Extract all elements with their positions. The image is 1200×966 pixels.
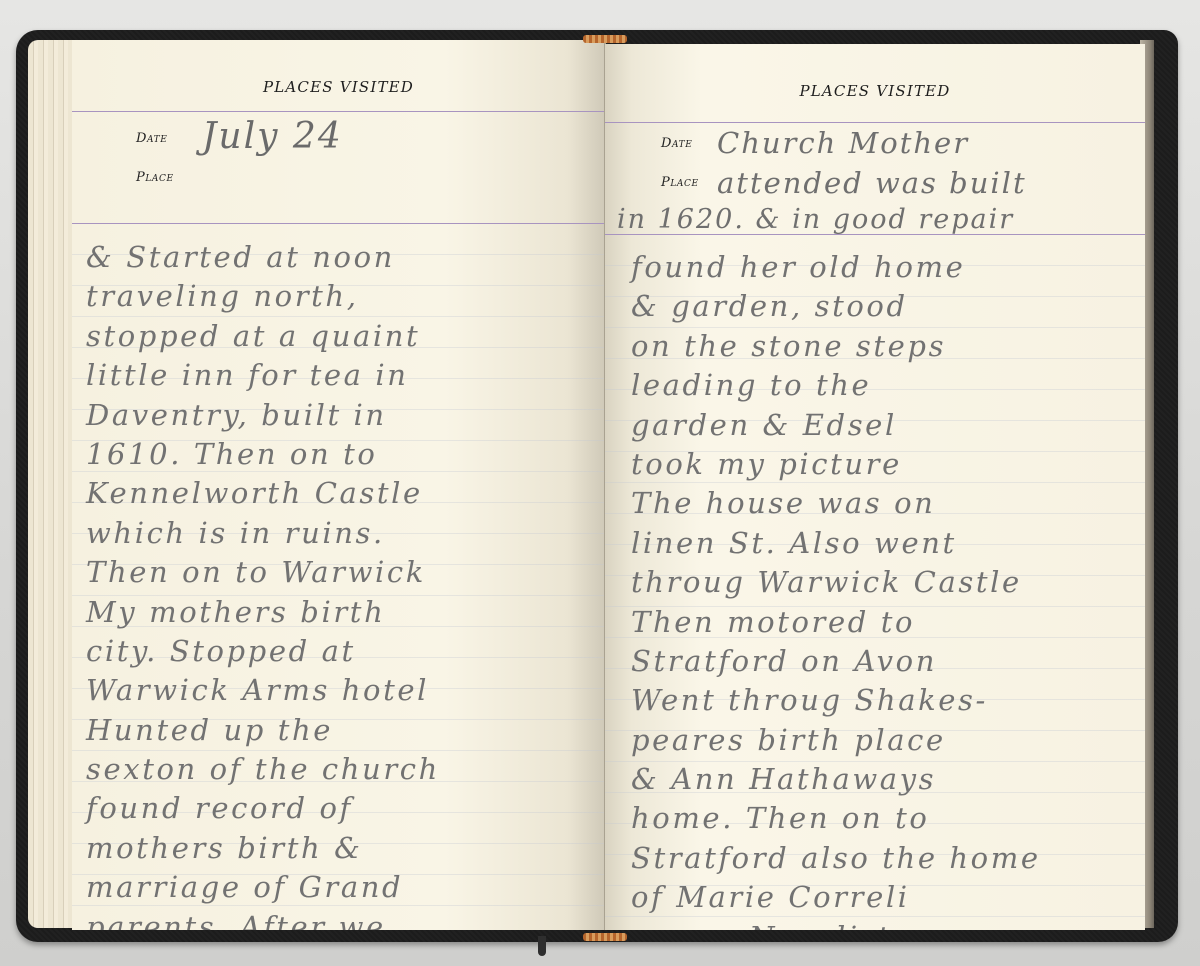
right-place-label: Place [661, 175, 699, 190]
left-date-label: Date [136, 131, 167, 146]
journal-line: Hunted up the [86, 711, 440, 750]
journal-line: linen St. Also went [631, 524, 1041, 563]
journal-line: found her old home [631, 248, 1041, 287]
ribbon-bookmark-tab [538, 936, 546, 956]
journal-line: & Ann Hathaways [631, 760, 1041, 799]
headband-bottom [583, 933, 627, 941]
journal-line: Went throug Shakes- [631, 681, 1041, 720]
scanned-journal-spread: PLACES VISITED Date Place July 24 & Star… [0, 0, 1200, 966]
journal-line: mothers birth & [86, 829, 440, 868]
journal-line: on the stone steps [631, 327, 1041, 366]
journal-line: which is in ruins. [86, 514, 440, 553]
right-header-rule [605, 122, 1145, 123]
journal-line: leading to the [631, 366, 1041, 405]
journal-line: Stratford on Avon [631, 642, 1041, 681]
journal-line: found record of [86, 789, 440, 828]
right-journal-text: found her old home & garden, stood on th… [631, 248, 1041, 930]
left-date-value: July 24 [202, 116, 343, 157]
right-page-header: PLACES VISITED [605, 82, 1145, 100]
left-place-label: Place [136, 170, 174, 185]
journal-line: took my picture [631, 445, 1041, 484]
journal-line: My mothers birth [86, 593, 440, 632]
journal-line: Daventry, built in [86, 396, 440, 435]
journal-line: peares birth place [631, 721, 1041, 760]
journal-line: throug Warwick Castle [631, 563, 1041, 602]
journal-line: Then motored to [631, 603, 1041, 642]
left-page-header: PLACES VISITED [72, 78, 605, 96]
journal-line: stopped at a quaint [86, 317, 440, 356]
journal-line: home. Then on to [631, 799, 1041, 838]
right-date-value: Church Mother [717, 126, 969, 160]
page-stack-left-edge [28, 40, 78, 928]
right-date-label: Date [661, 136, 692, 151]
left-header-rule [72, 111, 605, 112]
journal-line: Then on to Warwick [86, 553, 440, 592]
journal-line: marriage of Grand [86, 868, 440, 907]
journal-line: parents. After we [86, 908, 440, 930]
headband-top [583, 35, 627, 43]
journal-line: garden & Edsel [631, 406, 1041, 445]
left-journal-text: & Started at noon traveling north, stopp… [86, 238, 440, 930]
right-page: PLACES VISITED Date Place Church Mother … [605, 44, 1145, 930]
journal-line: city. Stopped at [86, 632, 440, 671]
journal-line: & Started at noon [86, 238, 440, 277]
journal-line: 1610. Then on to [86, 435, 440, 474]
journal-line: The house was on [631, 484, 1041, 523]
journal-line: Kennelworth Castle [86, 474, 440, 513]
journal-line: Warwick Arms hotel [86, 671, 440, 710]
journal-line: & garden, stood [631, 287, 1041, 326]
journal-line: little inn for tea in [86, 356, 440, 395]
journal-line: Novelist [631, 918, 1041, 930]
journal-line: of Marie Correli [631, 878, 1041, 917]
right-continuation-line: in 1620. & in good repair [617, 204, 1014, 235]
journal-line: traveling north, [86, 277, 440, 316]
right-place-value: attended was built [717, 166, 1027, 200]
journal-line: Stratford also the home [631, 839, 1041, 878]
journal-line: sexton of the church [86, 750, 440, 789]
left-page: PLACES VISITED Date Place July 24 & Star… [72, 40, 605, 930]
